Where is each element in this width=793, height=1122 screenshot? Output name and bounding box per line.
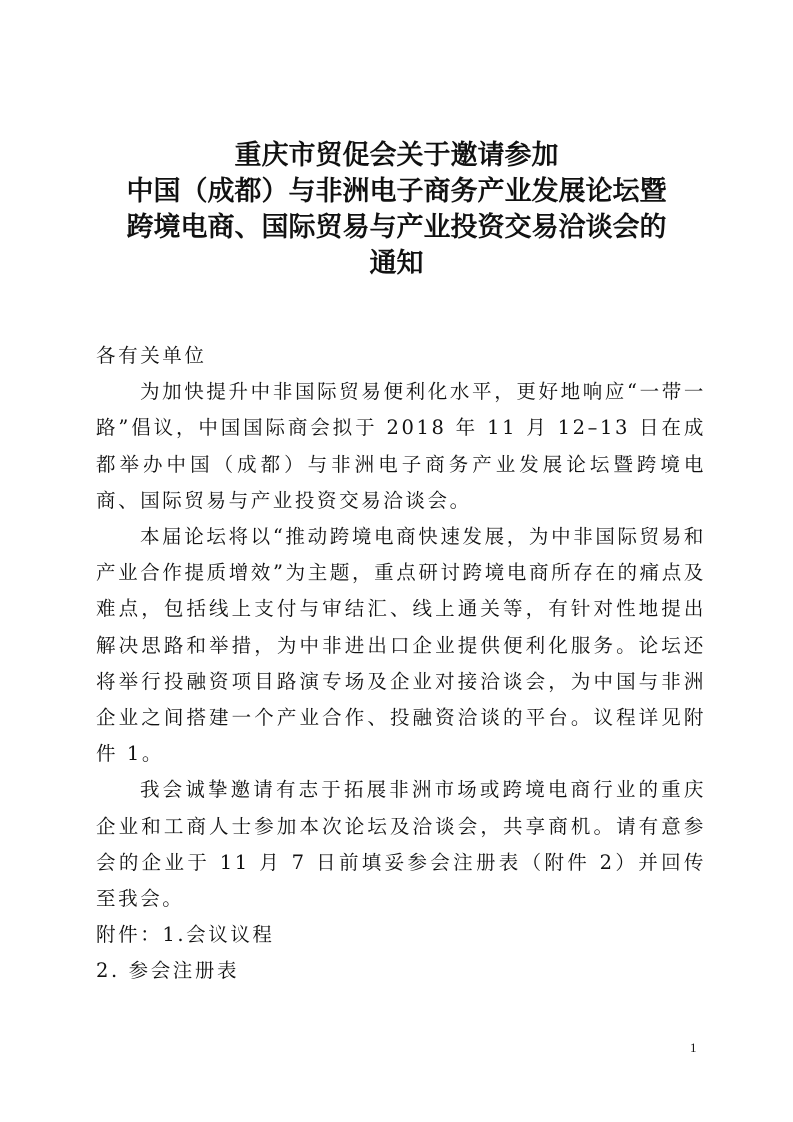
title-line-4: 通知	[0, 246, 793, 282]
attachments-label: 附件：	[96, 923, 162, 946]
paragraph-1: 为加快提升中非国际贸易便利化水平，更好地响应“一带一路”倡议，中国国际商会拟于 …	[96, 374, 706, 519]
paragraph-3: 我会诚挚邀请有志于拓展非洲市场或跨境电商行业的重庆企业和工商人士参加本次论坛及洽…	[96, 772, 706, 917]
page-number: 1	[690, 1040, 697, 1056]
document-body: 各有关单位 为加快提升中非国际贸易便利化水平，更好地响应“一带一路”倡议，中国国…	[96, 338, 706, 990]
paragraph-2: 本届论坛将以“推动跨境电商快速发展，为中非国际贸易和产业合作提质增效”为主题，重…	[96, 519, 706, 772]
attachment-item-1: 1.会议议程	[162, 923, 274, 946]
attachment-item-2: 2. 参会注册表	[96, 953, 706, 989]
title-line-3: 跨境电商、国际贸易与产业投资交易洽谈会的	[0, 210, 793, 246]
document-title: 重庆市贸促会关于邀请参加 中国（成都）与非洲电子商务产业发展论坛暨 跨境电商、国…	[0, 138, 793, 282]
attachments-line-1: 附件：1.会议议程	[96, 917, 706, 953]
salutation: 各有关单位	[96, 338, 706, 374]
title-line-2: 中国（成都）与非洲电子商务产业发展论坛暨	[0, 174, 793, 210]
title-line-1: 重庆市贸促会关于邀请参加	[0, 138, 793, 174]
